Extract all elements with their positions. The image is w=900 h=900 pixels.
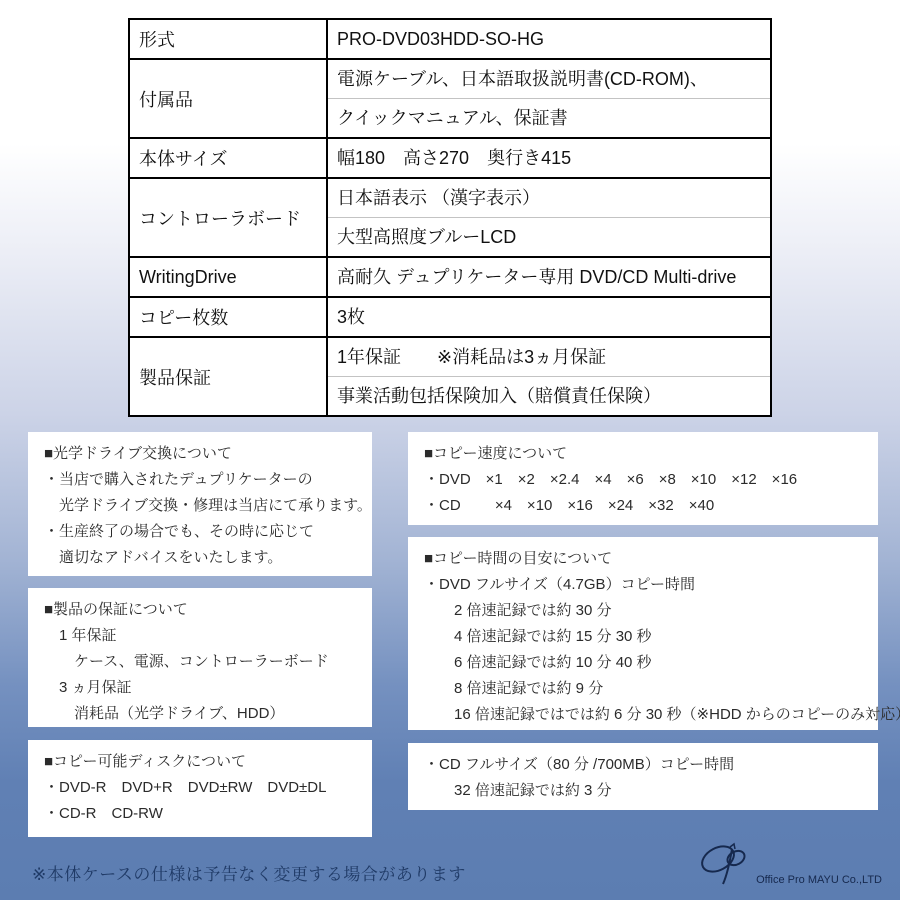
info-box-cd-copy-time: ・CD フルサイズ（80 分 /700MB）コピー時間 32 倍速記録では約 3…: [408, 743, 878, 810]
info-text: ・生産終了の場合でも、その時に応じて: [44, 519, 366, 545]
row-label: 付属品: [130, 60, 328, 137]
info-box-optical-drive: ■光学ドライブ交換について ・当店で購入されたデュプリケーターの 光学ドライブ交…: [28, 432, 372, 576]
row-value: PRO-DVD03HDD-SO-HG: [328, 20, 770, 58]
row-value: 幅180 高さ270 奥行き415: [328, 139, 770, 177]
info-heading: ■製品の保証について: [44, 597, 366, 623]
table-row: WritingDrive 高耐久 デュプリケーター専用 DVD/CD Multi…: [130, 256, 770, 296]
info-text: ・CD-R CD-RW: [44, 801, 366, 827]
footer-disclaimer: ※本体ケースの仕様は予告なく変更する場合があります: [32, 860, 466, 885]
row-value: 大型高照度ブルーLCD: [328, 217, 770, 256]
product-spec-sheet: { "spec_table": { "rows": [ {"label": "形…: [0, 0, 900, 900]
info-heading: ■コピー時間の目安について: [424, 546, 872, 572]
info-box-warranty: ■製品の保証について 1 年保証 ケース、電源、コントローラーボード 3 ヵ月保…: [28, 588, 372, 727]
info-text: 光学ドライブ交換・修理は当店にて承ります。: [44, 493, 366, 519]
info-text: ・DVD ×1 ×2 ×2.4 ×4 ×6 ×8 ×10 ×12 ×16: [424, 467, 872, 493]
info-text: 適切なアドバイスをいたします。: [44, 545, 366, 571]
row-value: 1年保証 ※消耗品は3ヵ月保証: [328, 338, 770, 376]
info-text: 6 倍速記録では約 10 分 40 秒: [424, 650, 872, 676]
row-label: コピー枚数: [130, 298, 328, 336]
info-text: ・CD フルサイズ（80 分 /700MB）コピー時間: [424, 752, 872, 778]
table-row: 形式 PRO-DVD03HDD-SO-HG: [130, 20, 770, 58]
row-label: 本体サイズ: [130, 139, 328, 177]
info-text: ・DVD-R DVD+R DVD±RW DVD±DL: [44, 775, 366, 801]
spec-table: 形式 PRO-DVD03HDD-SO-HG 付属品 電源ケーブル、日本語取扱説明…: [128, 18, 772, 417]
row-label: コントローラボード: [130, 179, 328, 256]
info-text: ・CD ×4 ×10 ×16 ×24 ×32 ×40: [424, 493, 872, 519]
company-logo: Office Pro MAYU Co.,LTD: [696, 837, 882, 892]
info-text: 16 倍速記録ではでは約 6 分 30 秒（※HDD からのコピーのみ対応）: [424, 702, 872, 728]
info-text: 8 倍速記録では約 9 分: [424, 676, 872, 702]
info-text: 1 年保証: [44, 623, 366, 649]
row-value: 事業活動包括保険加入（賠償責任保険）: [328, 376, 770, 415]
row-label: 形式: [130, 20, 328, 58]
company-name: Office Pro MAYU Co.,LTD: [756, 874, 882, 886]
info-text: 2 倍速記録では約 30 分: [424, 598, 872, 624]
row-value: 3枚: [328, 298, 770, 336]
info-box-copy-time: ■コピー時間の目安について ・DVD フルサイズ（4.7GB）コピー時間 2 倍…: [408, 537, 878, 730]
table-row: 本体サイズ 幅180 高さ270 奥行き415: [130, 137, 770, 177]
info-text: 32 倍速記録では約 3 分: [424, 778, 872, 804]
table-row: コピー枚数 3枚: [130, 296, 770, 336]
info-heading: ■コピー可能ディスクについて: [44, 749, 366, 775]
info-text: 消耗品（光学ドライブ、HDD）: [44, 701, 366, 727]
logo-op-icon: [696, 837, 754, 892]
table-row: 製品保証 1年保証 ※消耗品は3ヵ月保証 事業活動包括保険加入（賠償責任保険）: [130, 336, 770, 415]
row-value: クイックマニュアル、保証書: [328, 98, 770, 137]
row-value: 電源ケーブル、日本語取扱説明書(CD-ROM)、: [328, 60, 770, 98]
row-label: WritingDrive: [130, 258, 328, 296]
info-heading: ■光学ドライブ交換について: [44, 441, 366, 467]
info-text: 4 倍速記録では約 15 分 30 秒: [424, 624, 872, 650]
info-text: 3 ヵ月保証: [44, 675, 366, 701]
table-row: コントローラボード 日本語表示 （漢字表示） 大型高照度ブルーLCD: [130, 177, 770, 256]
info-text: ・DVD フルサイズ（4.7GB）コピー時間: [424, 572, 872, 598]
row-value: 日本語表示 （漢字表示）: [328, 179, 770, 217]
info-text: ・当店で購入されたデュプリケーターの: [44, 467, 366, 493]
info-heading: ■コピー速度について: [424, 441, 872, 467]
info-box-copy-speed: ■コピー速度について ・DVD ×1 ×2 ×2.4 ×4 ×6 ×8 ×10 …: [408, 432, 878, 525]
row-value: 高耐久 デュプリケーター専用 DVD/CD Multi-drive: [328, 258, 770, 296]
table-row: 付属品 電源ケーブル、日本語取扱説明書(CD-ROM)、 クイックマニュアル、保…: [130, 58, 770, 137]
info-box-copyable-discs: ■コピー可能ディスクについて ・DVD-R DVD+R DVD±RW DVD±D…: [28, 740, 372, 837]
info-text: ケース、電源、コントローラーボード: [44, 649, 366, 675]
row-label: 製品保証: [130, 338, 328, 415]
